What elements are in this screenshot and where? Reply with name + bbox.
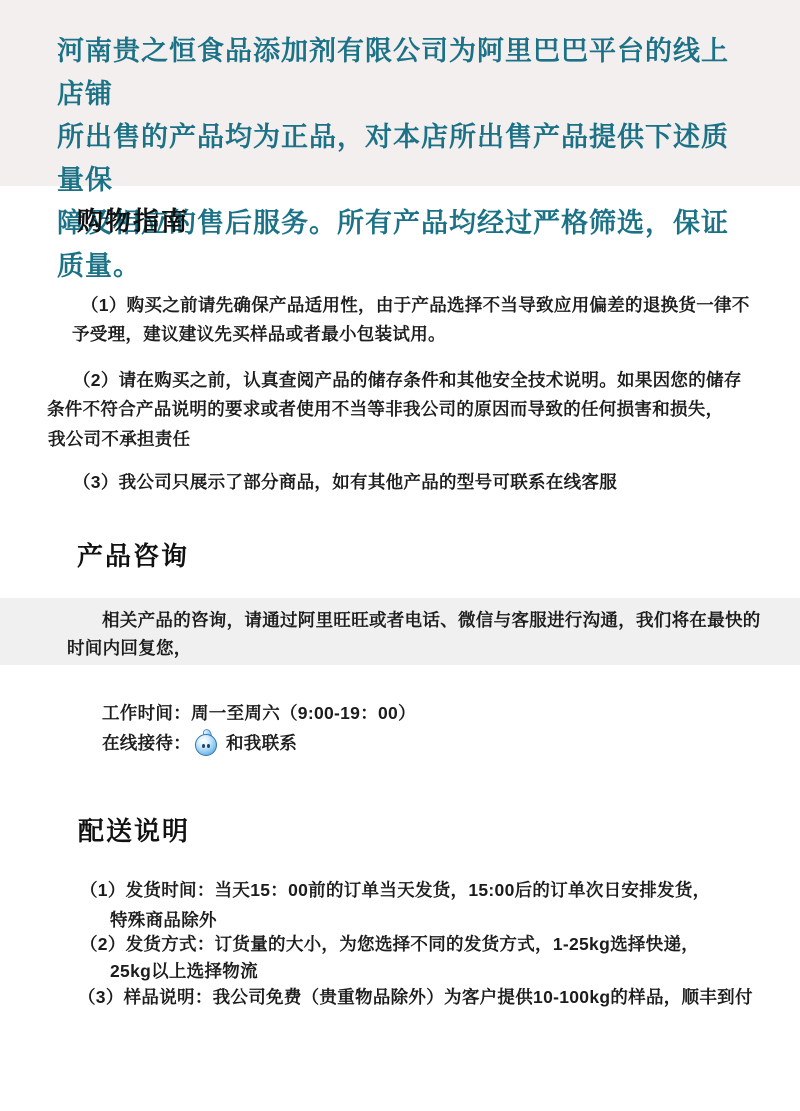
shopping-guide-item-3-line: （3）我公司只展示了部分商品，如有其他产品的型号可联系在线客服	[73, 468, 617, 497]
shopping-guide-item-1-line: （1）购买之前请先确保产品适用性，由于产品选择不当导致应用偏差的退换货一律不	[81, 291, 750, 320]
delivery-item-2-line: （2）发货方式：订货量的大小，为您选择不同的发货方式，1-25kg选择快递，	[80, 930, 699, 959]
product-consult-title: 产品咨询	[77, 536, 189, 573]
delivery-item-1-line: （1）发货时间：当天15：00前的订单当天发货，15:00后的订单次日安排发货，	[80, 876, 710, 905]
promo-line: 所出售的产品均为正品，对本店所出售产品提供下述质量保	[57, 116, 746, 202]
consult-notice-line: 时间内回复您，	[67, 634, 192, 663]
wangwang-icon-eye	[207, 744, 210, 748]
online-contact-label: 在线接待：	[102, 730, 191, 755]
wangwang-messenger-icon[interactable]	[194, 729, 219, 756]
work-hours-text: 工作时间：周一至周六（9:00-19：00）	[102, 699, 416, 728]
online-contact-row: 在线接待： 和我联系	[102, 729, 297, 756]
consult-notice-line: 相关产品的咨询，请通过阿里旺旺或者电话、微信与客服进行沟通，我们将在最快的	[102, 606, 761, 635]
promo-banner: 河南贵之恒食品添加剂有限公司为阿里巴巴平台的线上店铺 所出售的产品均为正品，对本…	[0, 0, 800, 186]
wangwang-icon-face	[195, 734, 217, 756]
shopping-guide-item-1-line: 予受理，建议建议先买样品或者最小包装试用。	[72, 320, 446, 349]
promo-line: 河南贵之恒食品添加剂有限公司为阿里巴巴平台的线上店铺	[57, 30, 746, 116]
promo-banner-text: 河南贵之恒食品添加剂有限公司为阿里巴巴平台的线上店铺 所出售的产品均为正品，对本…	[0, 0, 800, 288]
shopping-guide-item-2-line: 条件不符合产品说明的要求或者使用不当等非我公司的原因而导致的任何损害和损失，	[47, 395, 723, 424]
consult-notice-band: 相关产品的咨询，请通过阿里旺旺或者电话、微信与客服进行沟通，我们将在最快的 时间…	[0, 598, 800, 665]
delivery-item-2-line: 25kg以上选择物流	[110, 957, 258, 986]
store-description-page: { "colors": { "banner_bg": "#f3efee", "b…	[0, 0, 800, 1111]
delivery-item-3-line: （3）样品说明：我公司免费（贵重物品除外）为客户提供10-100kg的样品，顺丰…	[78, 983, 753, 1012]
delivery-title: 配送说明	[78, 811, 190, 848]
shopping-guide-title: 购物指南	[77, 201, 189, 238]
wangwang-icon-eye	[202, 744, 205, 748]
online-contact-link[interactable]: 和我联系	[226, 730, 297, 755]
shopping-guide-item-2-line: 我公司不承担责任	[48, 425, 190, 454]
shopping-guide-item-2-line: （2）请在购买之前，认真查阅产品的储存条件和其他安全技术说明。如果因您的储存	[73, 366, 742, 395]
